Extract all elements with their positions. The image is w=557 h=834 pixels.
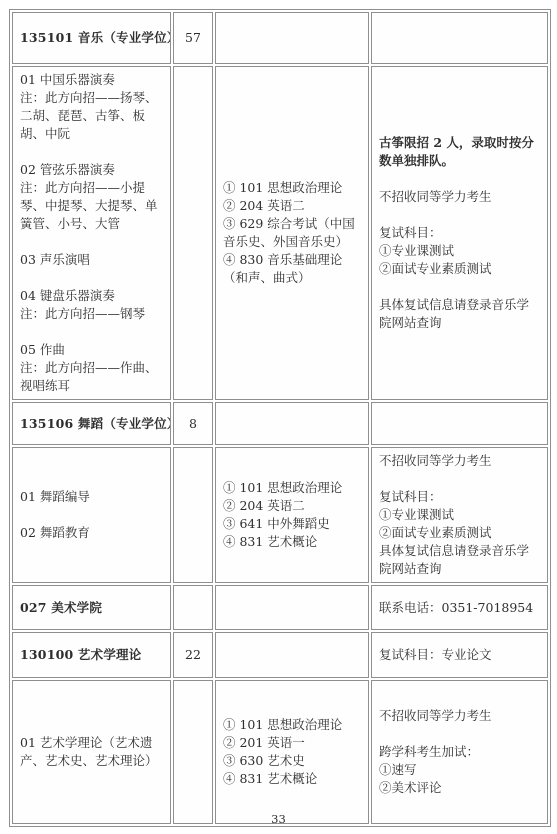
remarks-cell: 不招收同等学力考生 跨学科考生加试： ①速写 ②美术评论 [371,680,548,824]
row-music-directions: 01 中国乐器演奏 注：此方向招——扬琴、二胡、琵琶、古筝、板胡、中阮 02 管… [12,66,548,400]
exam-subjects: ① 101 思想政治理论 ② 204 英语二 ③ 629 综合考试（中国音乐史、… [223,179,361,287]
subjects-cell [215,632,369,678]
remarks-cell: 复试科目：专业论文 [371,632,548,678]
admissions-catalog-table: 135101 音乐（专业学位） 57 01 中国乐器演奏 注：此方向招——扬琴、… [9,9,551,827]
remarks-cell: 不招收同等学力考生 复试科目： ①专业课测试 ②面试专业素质测试 具体复试信息请… [371,447,548,583]
program-cell: 135101 音乐（专业学位） [12,12,171,64]
row-art-theory-section: 130100 艺术学理论 22 复试科目：专业论文 [12,632,548,678]
program-cell: 027 美术学院 [12,585,171,630]
subjects-cell [215,585,369,630]
directions-cell: 01 中国乐器演奏 注：此方向招——扬琴、二胡、琵琶、古筝、板胡、中阮 02 管… [12,66,171,400]
page-number: 33 [0,812,557,826]
row-art-theory-directions: 01 艺术学理论（艺术遗产、艺术史、艺术理论） ① 101 思想政治理论 ② 2… [12,680,548,824]
college-code-title: 027 美术学院 [20,599,163,617]
program-code-title: 135101 音乐（专业学位） [20,29,163,47]
exam-subjects: ① 101 思想政治理论 ② 204 英语二 ③ 641 中外舞蹈史 ④ 831… [223,479,361,551]
remarks-highlight-text: 古筝限招 2 人，录取时按分数单独排队。 [379,134,540,170]
quota-cell: 22 [173,632,213,678]
row-dance-section: 135106 舞蹈（专业学位） 8 [12,402,548,445]
quota-value: 22 [181,646,205,664]
quota-cell [173,680,213,824]
directions-cell: 01 舞蹈编导 02 舞蹈教育 [12,447,171,583]
document-page: 135101 音乐（专业学位） 57 01 中国乐器演奏 注：此方向招——扬琴、… [0,0,557,834]
remarks-cell [371,402,548,445]
subjects-cell: ① 101 思想政治理论 ② 204 英语二 ③ 641 中外舞蹈史 ④ 831… [215,447,369,583]
quota-cell [173,66,213,400]
remarks-cell: 联系电话：0351-7018954 [371,585,548,630]
research-directions: 01 舞蹈编导 02 舞蹈教育 [20,488,163,542]
exam-subjects: ① 101 思想政治理论 ② 201 英语一 ③ 630 艺术史 ④ 831 艺… [223,716,361,788]
row-dance-directions: 01 舞蹈编导 02 舞蹈教育 ① 101 思想政治理论 ② 204 英语二 ③… [12,447,548,583]
program-cell: 135106 舞蹈（专业学位） [12,402,171,445]
subjects-cell: ① 101 思想政治理论 ② 201 英语一 ③ 630 艺术史 ④ 831 艺… [215,680,369,824]
program-code-title: 135106 舞蹈（专业学位） [20,415,163,433]
subjects-cell: ① 101 思想政治理论 ② 204 英语二 ③ 629 综合考试（中国音乐史、… [215,66,369,400]
quota-cell: 57 [173,12,213,64]
quota-cell [173,447,213,583]
program-cell: 130100 艺术学理论 [12,632,171,678]
research-directions: 01 艺术学理论（艺术遗产、艺术史、艺术理论） [20,734,163,770]
contact-phone: 联系电话：0351-7018954 [379,599,540,617]
row-music-section: 135101 音乐（专业学位） 57 [12,12,548,64]
program-code-title: 130100 艺术学理论 [20,646,163,664]
quota-value: 8 [181,415,205,433]
remarks-text: 不招收同等学力考生 复试科目： ①专业课测试 ②面试专业素质测试 具体复试信息请… [379,170,540,332]
remarks-text: 复试科目：专业论文 [379,646,540,664]
remarks-cell [371,12,548,64]
remarks-text: 不招收同等学力考生 跨学科考生加试： ①速写 ②美术评论 [379,707,540,797]
quota-value: 57 [181,29,205,47]
research-directions: 01 中国乐器演奏 注：此方向招——扬琴、二胡、琵琶、古筝、板胡、中阮 02 管… [20,71,163,395]
quota-cell [173,585,213,630]
remarks-cell: 古筝限招 2 人，录取时按分数单独排队。 不招收同等学力考生 复试科目： ①专业… [371,66,548,400]
remarks-text: 不招收同等学力考生 复试科目： ①专业课测试 ②面试专业素质测试 具体复试信息请… [379,452,540,578]
quota-cell: 8 [173,402,213,445]
directions-cell: 01 艺术学理论（艺术遗产、艺术史、艺术理论） [12,680,171,824]
subjects-cell [215,402,369,445]
subjects-cell [215,12,369,64]
row-fine-arts-college: 027 美术学院 联系电话：0351-7018954 [12,585,548,630]
